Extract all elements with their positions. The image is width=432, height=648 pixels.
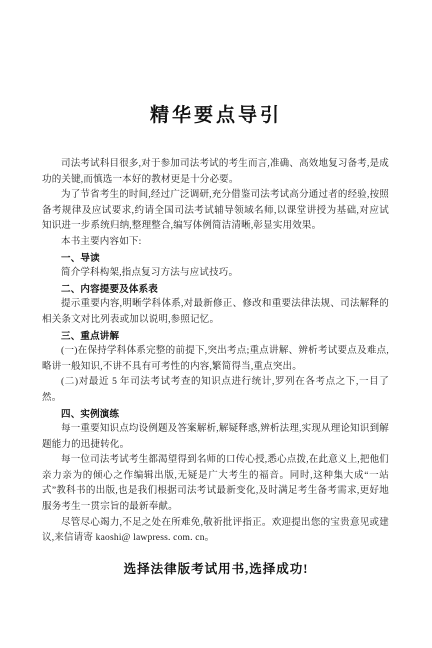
paragraph-intro: 司法考试科目很多,对于参加司法考试的考生而言,准确、高效地复习备考,是成功的关键… [42,157,389,188]
section-2-text: 提示重要内容,明晰学科体系,对最新修正、修改和重要法律法规、司法解释的相关条文对… [42,297,389,328]
paragraph-purpose: 为了节省考生的时间,经过广泛调研,充分借鉴司法考试高分通过者的经验,按照备考规律… [42,188,389,235]
paragraph-feedback-email: 尽管尽心竭力,不足之处在所难免,敬祈批评指正。欢迎提出您的宝贵意见或建议,来信请… [42,516,389,547]
section-1-text: 简介学科构架,指点复习方法与应试技巧。 [42,266,389,282]
section-heading-4: 四、实例演练 [42,407,389,423]
section-3-item-1: (一)在保持学科体系完整的前提下,突出考点;重点讲解、辨析考试要点及难点,略讲一… [42,344,389,375]
section-heading-2: 二、内容提要及体系表 [42,282,389,298]
paragraph-contents-lead-in: 本书主要内容如下: [42,235,389,251]
page-title: 精华要点导引 [0,103,432,129]
closing-slogan: 选择法律版考试用书,选择成功! [0,561,432,578]
section-heading-3: 三、重点讲解 [42,329,389,345]
section-4-text: 每一重要知识点均设例题及答案解析,解疑释惑,辨析法理,实现从理论知识到解题能力的… [42,422,389,453]
section-heading-1: 一、导读 [42,251,389,267]
page-body: 司法考试科目很多,对于参加司法考试的考生而言,准确、高效地复习备考,是成功的关键… [42,157,389,547]
book-preface-page: 精华要点导引 司法考试科目很多,对于参加司法考试的考生而言,准确、高效地复习备考… [0,0,432,648]
section-3-item-2: (二)对最近 5 年司法考试考查的知识点进行统计,罗列在各考点之下,一目了然。 [42,375,389,406]
paragraph-publisher-note: 每一位司法考试考生都渴望得到名师的口传心授,悉心点拨,在此意义上,把他们亲力亲为… [42,453,389,515]
